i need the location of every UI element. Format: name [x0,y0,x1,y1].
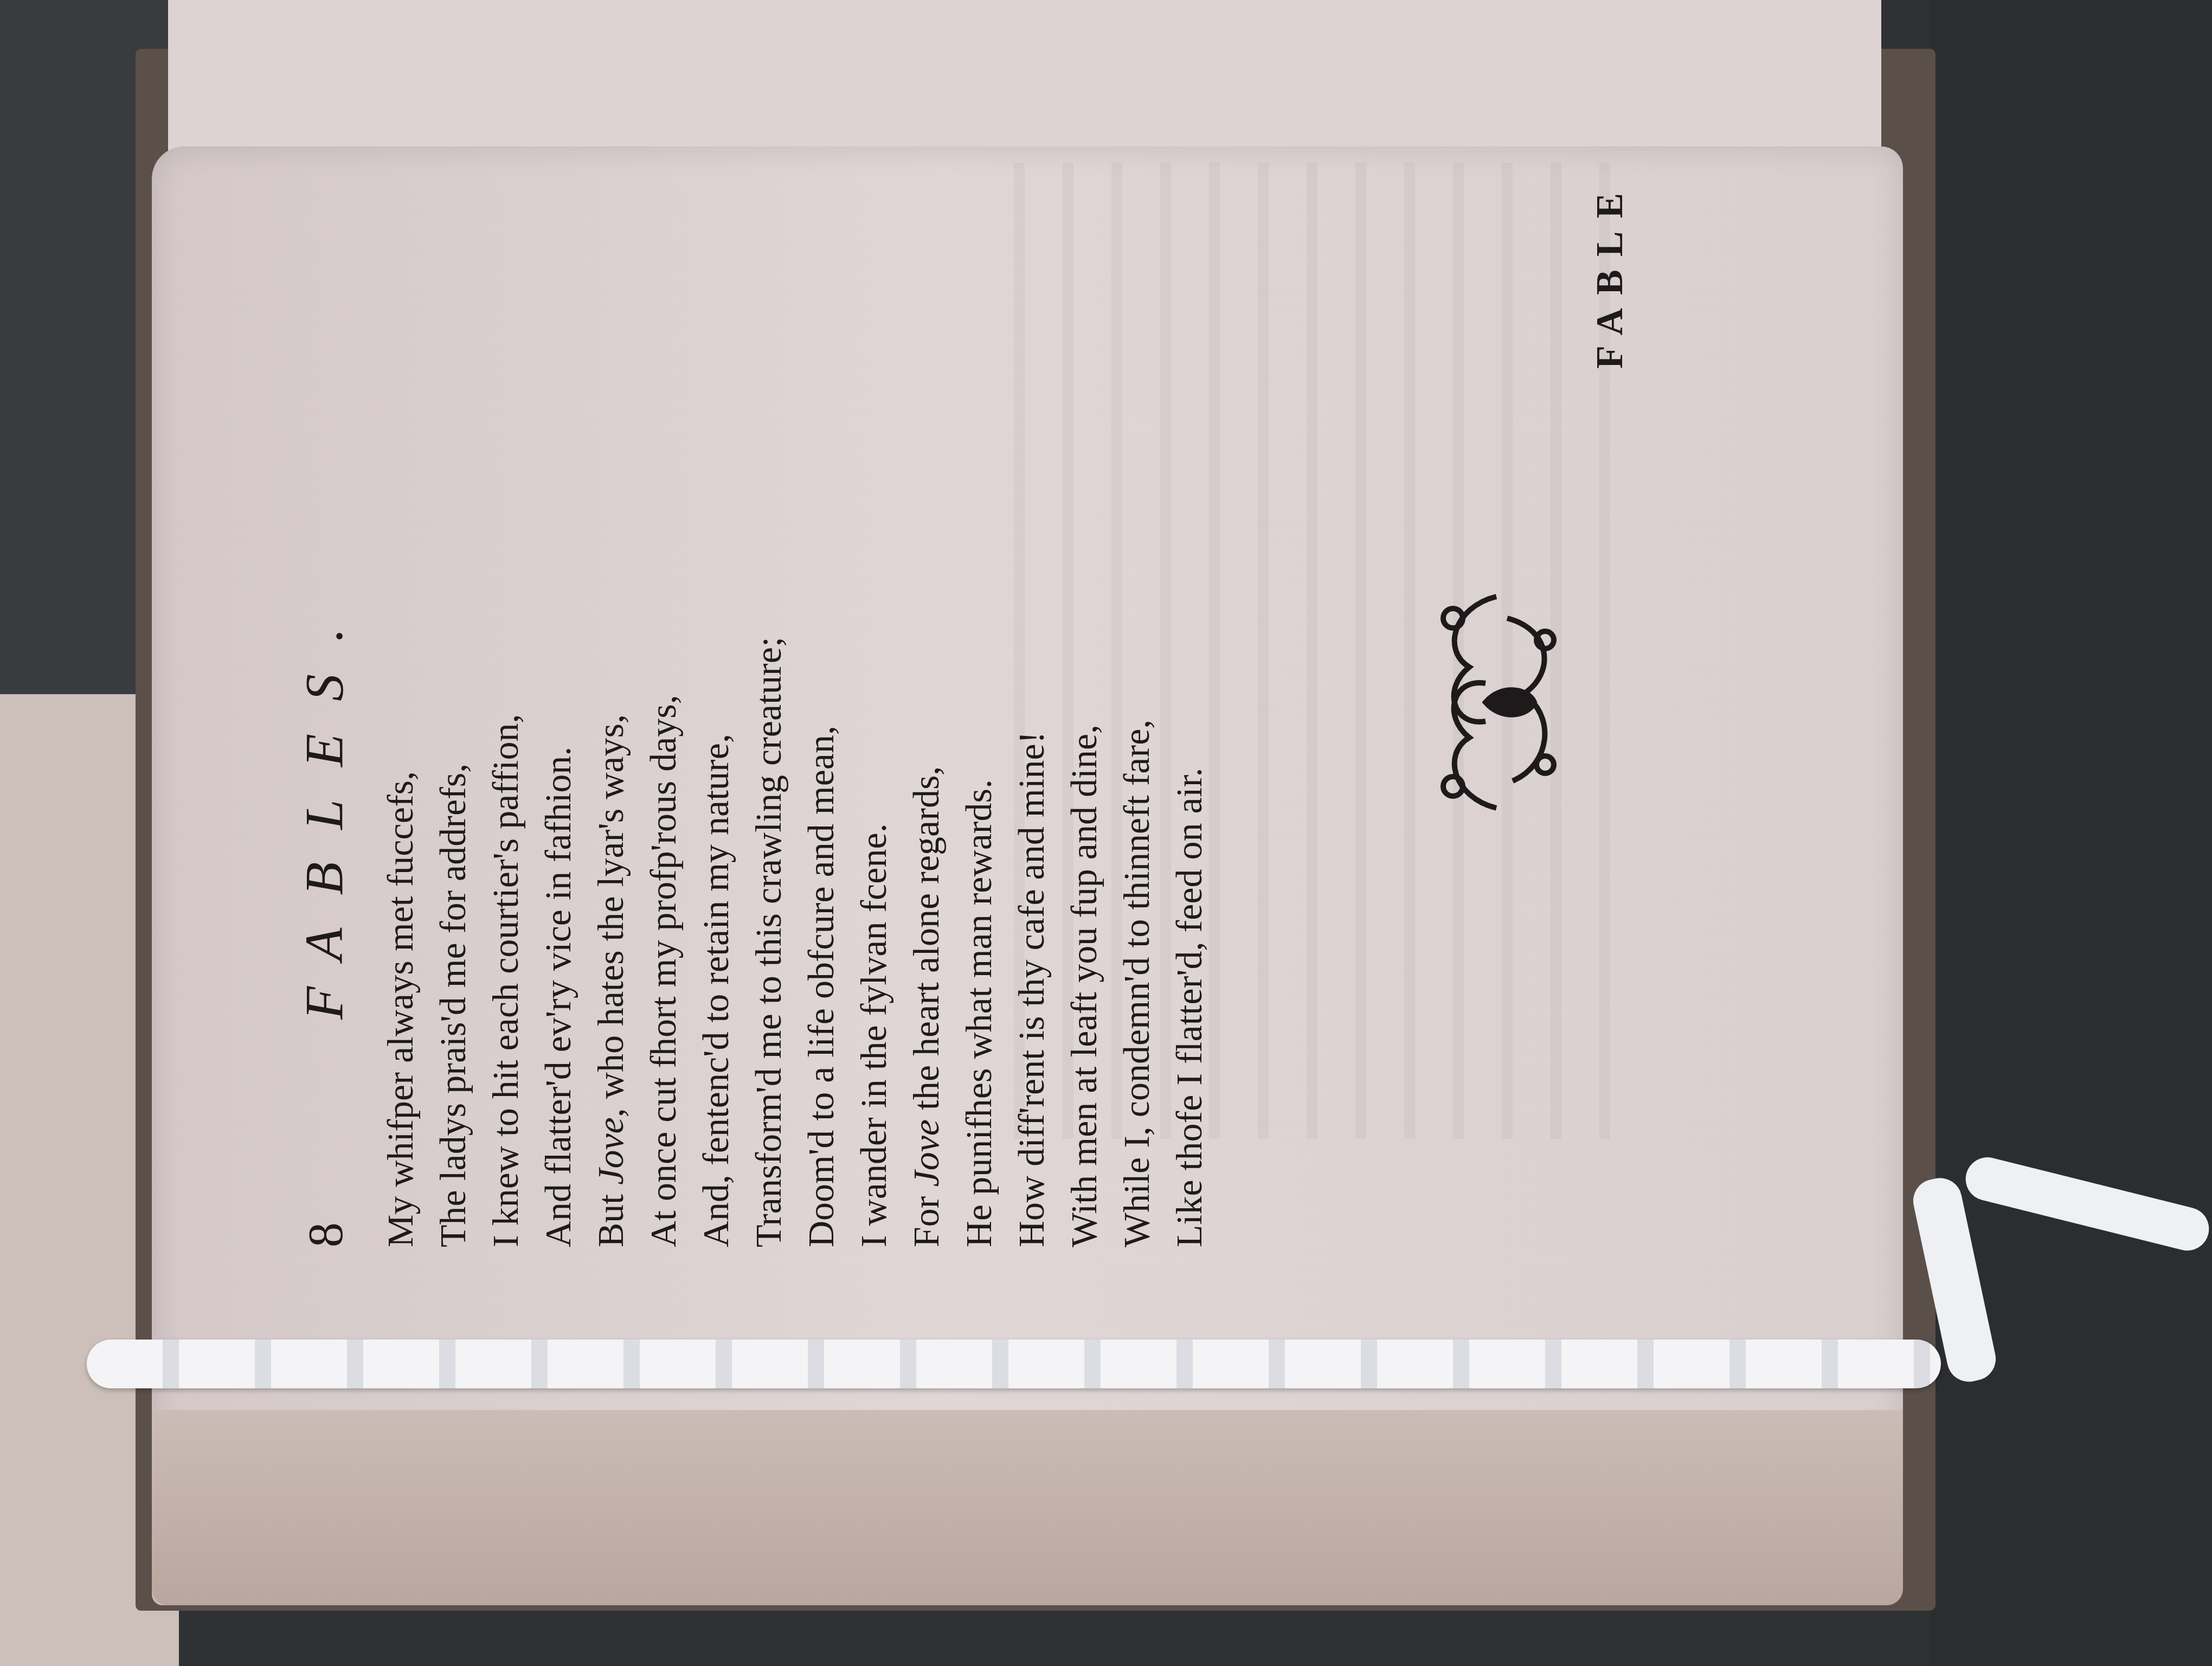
verse-line: Like thofe I flatter'd, feed on air. [1163,108,1216,1247]
page-gutter [152,1410,1903,1605]
verse-line: At once cut fhort my profp'rous days, [637,108,690,1247]
verse-line: I wander in the fylvan fcene. [847,108,900,1247]
verse-line: I knew to hit each courtier's paffion, [479,108,532,1247]
page-header: 8 FABLES. [293,108,374,1247]
verse-line: He punifhes what man rewards. [953,108,1005,1247]
background-right [1930,0,2212,1666]
verse-line: My whifper always met fuccefs, [374,108,427,1247]
verse-line: For Jove the heart alone regards, [900,108,953,1247]
book-weight-cord [87,1340,1941,1388]
verse-italic: Jove [590,1117,631,1185]
verse-line: Transform'd me to this crawling creature… [742,108,795,1247]
verse-line: While I, condemn'd to thinneft fare, [1110,108,1163,1247]
page-text-block: 8 FABLES. My whifper always met fuccefs,… [293,108,1216,1247]
verse-prefix: For [905,1187,947,1247]
verse-line: With men at leaft you fup and dine, [1058,108,1110,1247]
catchword: FABLE [1589,180,1632,369]
running-title: FABLES. [293,595,355,1020]
verse-rest: , who hates the lyar's ways, [590,714,631,1117]
verse-rest: the heart alone regards, [905,766,947,1119]
verse-line: The ladys prais'd me for addrefs, [427,108,479,1247]
verse-line: But Jove, who hates the lyar's ways, [584,108,637,1247]
verse-line: And, fentenc'd to retain my nature, [690,108,742,1247]
verse-prefix: But [590,1185,631,1247]
verse-line: How diff'rent is thy cafe and mine! [1005,108,1058,1247]
page-number: 8 [297,1020,354,1247]
verse-line: Doom'd to a life obfcure and mean, [795,108,847,1247]
verse-line: And flatter'd ev'ry vice in fafhion. [532,108,584,1247]
ornament-icon [1420,586,1572,819]
verse-italic: Jove [905,1119,947,1187]
